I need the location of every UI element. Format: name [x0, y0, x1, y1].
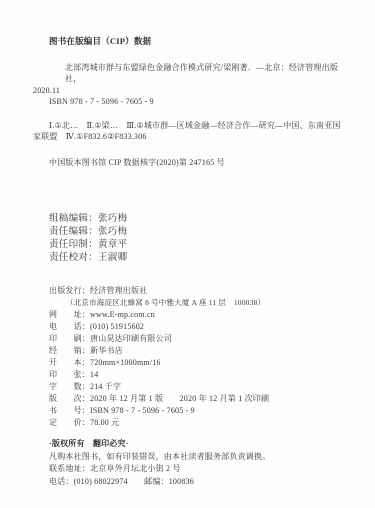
colophon-label: 印 刷：: [49, 334, 90, 343]
colophon-value: 经济管理出版社: [90, 286, 147, 295]
colophon-value: (010) 51915602: [90, 322, 144, 331]
colophon-label: 电 话：: [49, 322, 90, 331]
credit-line-responsible-editor: 责任编辑：张巧梅: [49, 226, 349, 239]
colophon-row-printer: 印 刷：唐山昊达印刷有限公司: [49, 333, 349, 345]
colophon-row-wordcount: 字 数：214 千字: [49, 381, 349, 393]
colophon-label: 版 次：: [49, 394, 90, 403]
cip-header: 图书在版编目（CIP）数据: [49, 36, 349, 48]
classification-line-wrap: 家联盟 Ⅳ.①F832.6②F833.306: [33, 131, 349, 143]
exchange-notice: 凡购本社图书，如有印装错误，由本社读者服务部负责调换。: [49, 451, 349, 464]
colophon-value: www.E-mp.com.cn: [90, 310, 155, 319]
colophon-row-phone: 电 话：(010) 51915602: [49, 321, 349, 333]
contact-phone-postcode: 电话：(010) 68022974 邮编：100836: [49, 476, 349, 489]
colophon-row-format: 开 本：720mm×1000mm/16: [49, 357, 349, 369]
colophon-row-website: 网 址：www.E-mp.com.cn: [49, 309, 349, 321]
isbn-line: ISBN 978 - 7 - 5096 - 7605 - 9: [49, 96, 349, 108]
colophon-value: 14: [90, 370, 98, 379]
credit-line-proofreader: 责任校对：王淑卿: [49, 252, 349, 265]
colophon-label: 印 张：: [49, 370, 90, 379]
colophon-label: 开 本：: [49, 358, 90, 367]
credit-line-print-supervisor: 责任印制：黄章平: [49, 239, 349, 252]
colophon-value: 唐山昊达印刷有限公司: [90, 334, 172, 343]
colophon-label: 网 址：: [49, 310, 90, 319]
cip-entry-year: 2020.11: [33, 85, 349, 97]
colophon-label: 书 号：: [49, 406, 90, 415]
cip-entry-line: 北部湾城市群与东盟绿色金融合作模式研究/梁刚著．—北京：经济管理出版社，: [65, 62, 349, 85]
copyright-slogan: ·版权所有 翻印必究·: [49, 438, 349, 451]
colophon-section: 出版发行：经济管理出版社 （北京市海淀区北蜂窝 8 号中雅大厦 A 座 11 层…: [49, 285, 349, 429]
colophon-value: 2020 年 12 月第 1 版 2020 年 12 月第 1 次印刷: [90, 394, 269, 403]
colophon-value: 新华书店: [90, 346, 123, 355]
copyright-page: 图书在版编目（CIP）数据 北部湾城市群与东盟绿色金融合作模式研究/梁刚著．—北…: [0, 0, 375, 508]
colophon-row-publisher: 出版发行：经济管理出版社: [49, 285, 349, 297]
colophon-row-distributor: 经 销：新华书店: [49, 345, 349, 357]
colophon-label: 字 数：: [49, 382, 90, 391]
colophon-row-price: 定 价：78.00 元: [49, 417, 349, 429]
cip-record-number: 中国版本图书馆 CIP 数据核字(2020)第 247165 号: [49, 157, 349, 169]
cip-data-section: 图书在版编目（CIP）数据 北部湾城市群与东盟绿色金融合作模式研究/梁刚著．—北…: [33, 36, 349, 168]
classification-line: Ⅰ.①北… Ⅱ.①梁… Ⅲ.①城市群—区域金融—经济合作—研究—中国、东南亚国: [49, 120, 349, 132]
credit-line-acquisition-editor: 组稿编辑：张巧梅: [49, 213, 349, 226]
colophon-row-isbn: 书 号：ISBN 978 - 7 - 5096 - 7605 - 9: [49, 405, 349, 417]
publisher-address: （北京市海淀区北蜂窝 8 号中雅大厦 A 座 11 层 100038）: [66, 297, 349, 309]
colophon-label: 定 价：: [49, 418, 90, 427]
contact-address: 联系地址：北京阜外月坛北小街 2 号: [49, 463, 349, 476]
credits-section: 组稿编辑：张巧梅 责任编辑：张巧梅 责任印制：黄章平 责任校对：王淑卿: [49, 213, 349, 265]
colophon-value: ISBN 978 - 7 - 5096 - 7605 - 9: [90, 406, 195, 415]
colophon-row-sheets: 印 张：14: [49, 369, 349, 381]
colophon-value: 214 千字: [90, 382, 121, 391]
copyright-notice-section: ·版权所有 翻印必究· 凡购本社图书，如有印装错误，由本社读者服务部负责调换。 …: [49, 438, 349, 488]
colophon-value: 720mm×1000mm/16: [90, 358, 161, 367]
colophon-label: 出版发行：: [49, 286, 90, 295]
colophon-row-edition: 版 次：2020 年 12 月第 1 版 2020 年 12 月第 1 次印刷: [49, 393, 349, 405]
colophon-label: 经 销：: [49, 346, 90, 355]
colophon-value: 78.00 元: [90, 418, 119, 427]
